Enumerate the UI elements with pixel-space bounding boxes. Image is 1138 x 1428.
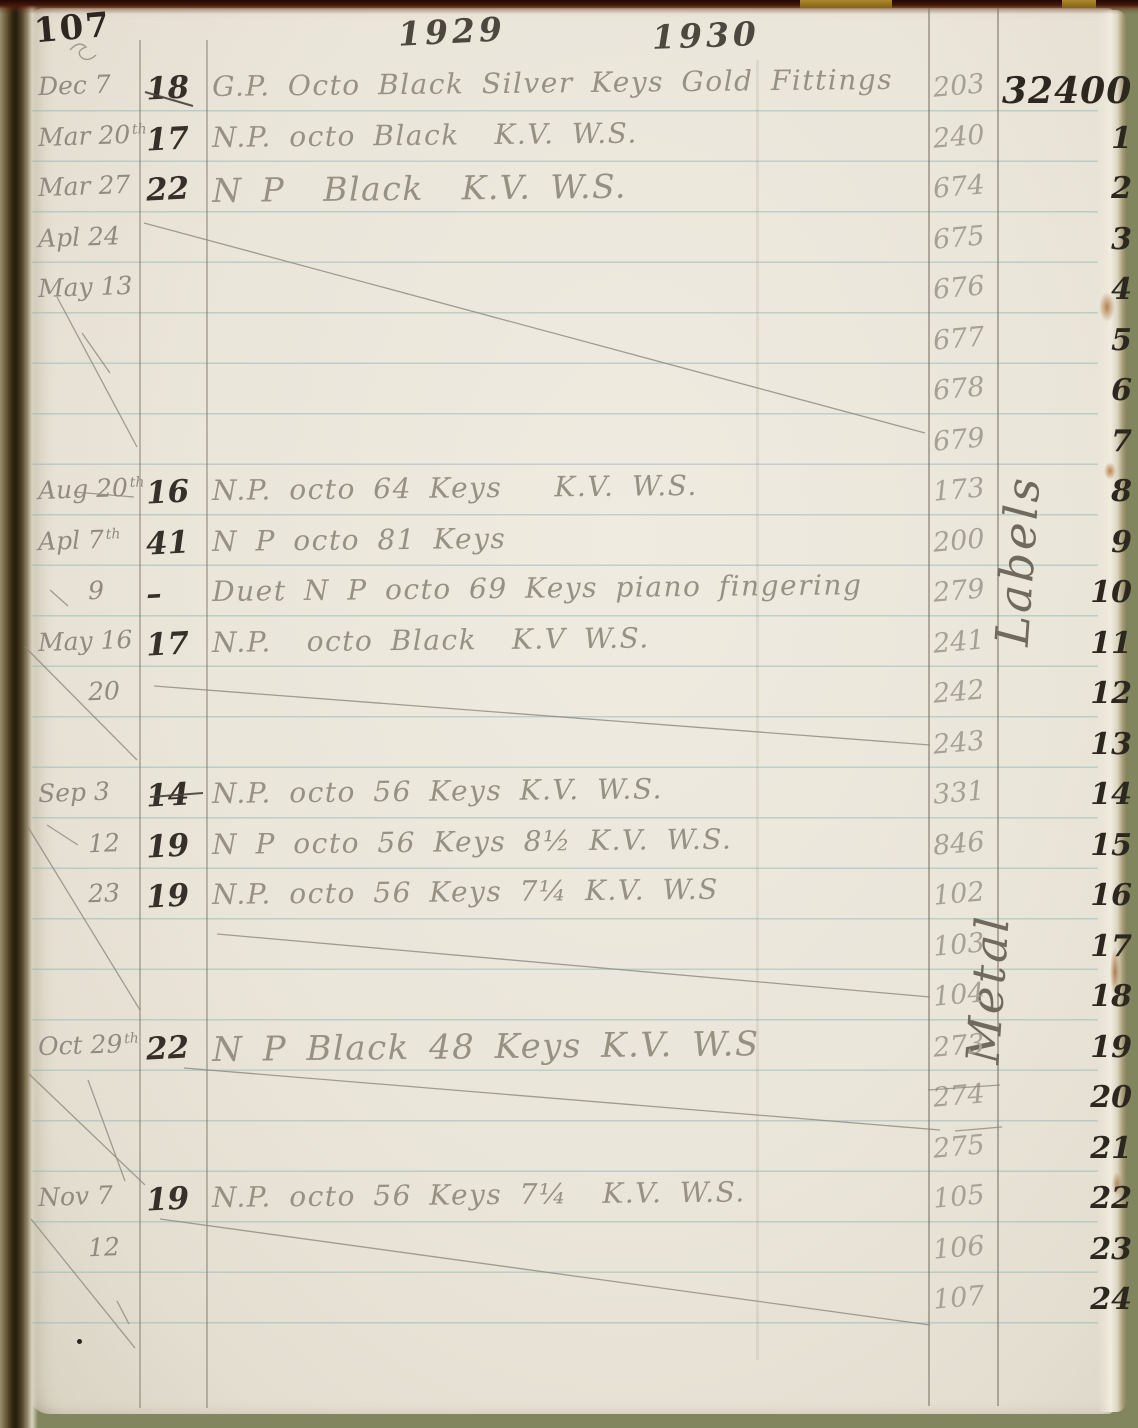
entry-date: Mar 20th: [38, 118, 159, 151]
entry-quantity: 19: [145, 826, 211, 865]
entry-serial-number: 279: [932, 572, 998, 608]
entry-count: 2: [1002, 171, 1138, 206]
entry-serial-number: 203: [932, 67, 998, 103]
entry-count: 6: [1002, 373, 1138, 408]
entry-serial-number: 273: [932, 1027, 998, 1063]
entry-description: N.P. octo Black K.V W.S.: [212, 618, 942, 659]
entry-quantity: 18: [145, 68, 211, 107]
entry-count: 14: [1002, 777, 1138, 812]
entry-date: Dec 7: [38, 68, 159, 101]
year-heading-1929: 1929: [397, 9, 507, 54]
entry-serial-number: 674: [932, 168, 998, 204]
entry-serial-number: 105: [932, 1178, 998, 1214]
entry-count: 18: [1002, 979, 1138, 1014]
entry-quantity: 19: [145, 876, 211, 915]
entry-quantity: 17: [145, 119, 211, 158]
ledger-row: Mar 20th17N.P. octo Black K.V. W.S.2401: [30, 119, 1115, 170]
entry-date: Aug 20th: [38, 472, 159, 505]
entry-serial-number: 678: [932, 370, 998, 406]
entry-date: Sep 3: [38, 775, 159, 808]
entry-serial-number: 107: [932, 1279, 998, 1315]
entry-quantity: 14: [145, 775, 211, 814]
entry-serial-number: 243: [932, 724, 998, 760]
entry-count: 16: [1002, 878, 1138, 913]
entry-serial-number: 846: [932, 825, 998, 861]
ledger-row: Apl 7th41N P octo 81 Keys2009: [30, 523, 1115, 574]
entry-count: 24: [1002, 1282, 1138, 1317]
gilt-edge-sliver: [1062, 0, 1096, 8]
entry-serial-number: 103: [932, 926, 998, 962]
entry-serial-number: 274: [932, 1077, 998, 1113]
date-ordinal-suffix: th: [129, 474, 144, 491]
ledger-row: 27420: [30, 1078, 1115, 1129]
book-top-edge: [0, 0, 1138, 14]
entry-quantity: 22: [145, 1028, 211, 1067]
entry-quantity: 41: [145, 523, 211, 562]
entry-date: Nov 7: [38, 1179, 159, 1212]
ledger-row: 2024212: [30, 674, 1115, 725]
entry-count: 19: [1002, 1030, 1138, 1065]
entry-count: 15: [1002, 828, 1138, 863]
entry-count: 20: [1002, 1080, 1138, 1115]
ledger-row: 6797: [30, 422, 1115, 473]
ledger-row: 10317: [30, 927, 1115, 978]
entry-serial-number: 173: [932, 471, 998, 507]
entry-serial-number: 200: [932, 522, 998, 558]
entry-quantity: –: [145, 573, 211, 612]
entry-count: 9: [1002, 525, 1138, 560]
entry-description: N P Black 48 Keys K.V. W.S: [212, 1022, 942, 1070]
entry-serial-number: 102: [932, 875, 998, 911]
entry-count: 7: [1002, 424, 1138, 459]
entry-serial-number: 677: [932, 320, 998, 356]
entry-date: Oct 29th: [38, 1027, 159, 1060]
entry-quantity: 22: [145, 169, 211, 208]
entry-description: Duet N P octo 69 Keys piano fingering: [212, 567, 942, 608]
entry-count: 21: [1002, 1131, 1138, 1166]
entry-serial-number: 104: [932, 976, 998, 1012]
entry-serial-number: 676: [932, 269, 998, 305]
entry-date: Apl 7th: [38, 522, 159, 555]
ledger-row: Aug 20th16N.P. octo 64 Keys K.V. W.S.173…: [30, 472, 1115, 523]
entry-quantity: 17: [145, 624, 211, 663]
ledger-row: May 1617N.P. octo Black K.V W.S.24111: [30, 624, 1115, 675]
entry-date: May 13: [38, 270, 159, 303]
entry-serial-number: 241: [932, 623, 998, 659]
entry-description: N.P. octo Black K.V. W.S.: [212, 113, 942, 154]
entry-description: N.P. octo 56 Keys K.V. W.S.: [212, 769, 942, 810]
page-stack-bottom-edge: [24, 1400, 1130, 1428]
entry-quantity: 16: [145, 472, 211, 511]
entry-count: 11: [1002, 626, 1138, 661]
entry-count: 17: [1002, 929, 1138, 964]
entry-serial-number: 275: [932, 1128, 998, 1164]
entry-count: 22: [1002, 1181, 1138, 1216]
entry-date: May 16: [38, 623, 159, 656]
ledger-row: 10724: [30, 1280, 1115, 1331]
entry-date: 20: [38, 673, 209, 708]
entry-quantity: 19: [145, 1179, 211, 1218]
entry-serial-number: 675: [932, 219, 998, 255]
entry-serial-number: 240: [932, 118, 998, 154]
ledger-row: Dec 718G.P. Octo Black Silver Keys Gold …: [30, 68, 1115, 119]
entry-serial-number: 106: [932, 1229, 998, 1265]
ledger-row: 9–Duet N P octo 69 Keys piano fingering2…: [30, 573, 1115, 624]
ledger-row: 10418: [30, 977, 1115, 1028]
entry-count: 8: [1002, 474, 1138, 509]
entry-description: N P octo 56 Keys 8½ K.V. W.S.: [212, 820, 942, 861]
page-number: 107: [32, 5, 112, 52]
gilt-edge-sliver: [800, 0, 892, 8]
date-ordinal-suffix: th: [105, 526, 120, 543]
entry-serial-number: 331: [932, 774, 998, 810]
ledger-row: 1219N P octo 56 Keys 8½ K.V. W.S.84615: [30, 826, 1115, 877]
entry-count: 4: [1002, 272, 1138, 307]
entry-count: 23: [1002, 1232, 1138, 1267]
entry-count: 3: [1002, 222, 1138, 257]
ledger-row: 6775: [30, 321, 1115, 372]
entry-count: 5: [1002, 323, 1138, 358]
ledger-row: 2319N.P. octo 56 Keys 7¼ K.V. W.S10216: [30, 876, 1115, 927]
ledger-row: 24313: [30, 725, 1115, 776]
entry-description: N.P. octo 56 Keys 7¼ K.V. W.S: [212, 870, 942, 911]
entry-count: 13: [1002, 727, 1138, 762]
ledger-page-scan: 107 1929 1930 Metal Labels Dec 718G.P. O…: [0, 0, 1138, 1428]
entry-description: N.P. octo 56 Keys 7¼ K.V. W.S.: [212, 1173, 942, 1214]
year-heading-1930: 1930: [651, 14, 760, 57]
entry-description: G.P. Octo Black Silver Keys Gold Fitting…: [212, 62, 942, 103]
entry-description: N P Black K.V. W.S.: [212, 163, 942, 210]
entry-count: 12: [1002, 676, 1138, 711]
entry-date: Mar 27: [38, 169, 159, 202]
ledger-row: Apl 246753: [30, 220, 1115, 271]
date-ordinal-suffix: th: [124, 1030, 139, 1047]
ledger-row: Mar 2722N P Black K.V. W.S.6742: [30, 169, 1115, 220]
ledger-row: 6786: [30, 371, 1115, 422]
ledger-row: 27521: [30, 1129, 1115, 1180]
entry-count: 1: [1002, 121, 1138, 156]
entry-description: N P octo 81 Keys: [212, 517, 942, 558]
ledger-row: Nov 719N.P. octo 56 Keys 7¼ K.V. W.S.105…: [30, 1179, 1115, 1230]
entry-date: Apl 24: [38, 219, 159, 252]
entry-date: 12: [38, 1229, 209, 1264]
ledger-row: 1210623: [30, 1230, 1115, 1281]
entry-serial-number: 242: [932, 673, 998, 709]
ledger-row: May 136764: [30, 270, 1115, 321]
entry-count: 32400: [1002, 70, 1138, 112]
entry-count: 10: [1002, 575, 1138, 610]
entry-serial-number: 679: [932, 421, 998, 457]
ledger-row: Oct 29th22N P Black 48 Keys K.V. W.S2731…: [30, 1028, 1115, 1079]
ledger-row: Sep 314N.P. octo 56 Keys K.V. W.S.33114: [30, 775, 1115, 826]
entry-description: N.P. octo 64 Keys K.V. W.S.: [212, 466, 942, 507]
